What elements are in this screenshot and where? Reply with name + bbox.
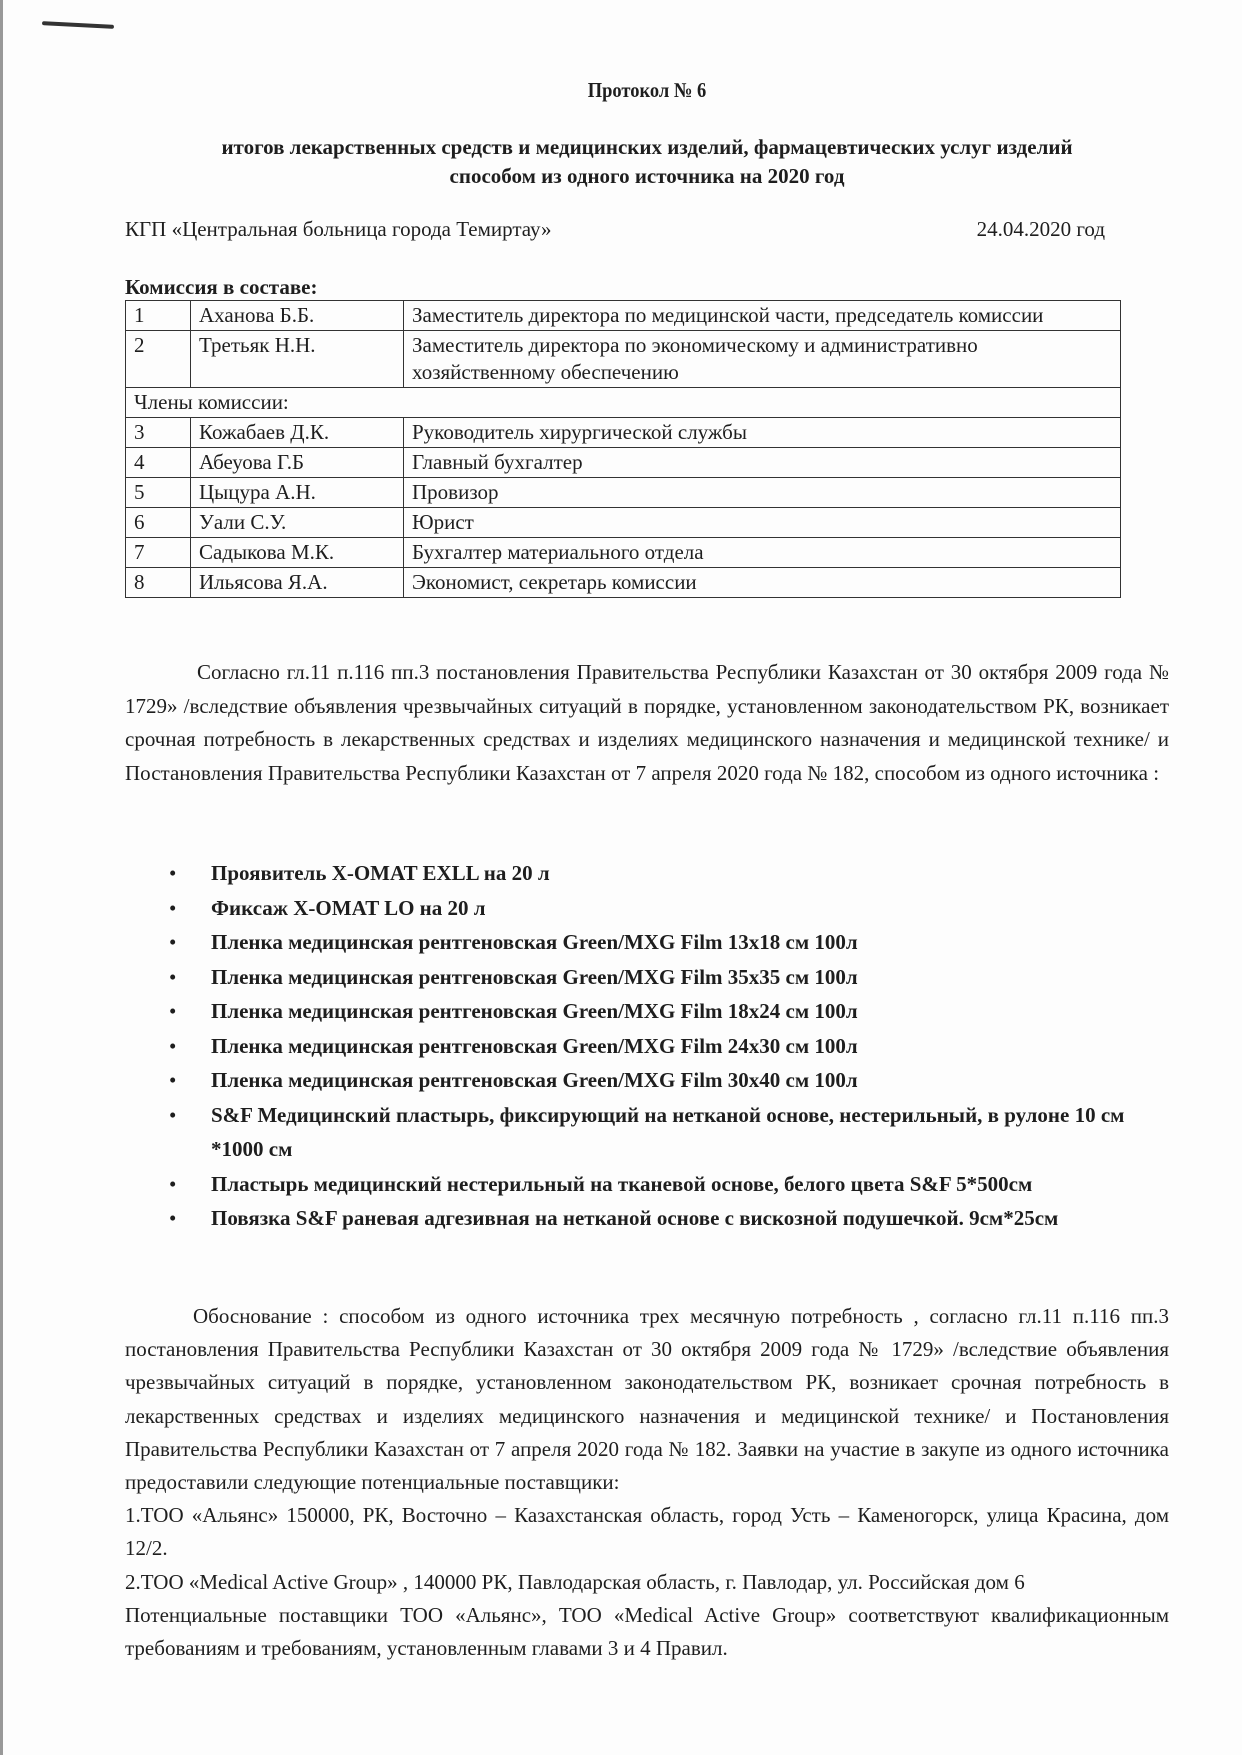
member-name: Абеуова Г.Б <box>191 448 404 478</box>
supplier-1: 1.ТОО «Альянс» 150000, РК, Восточно – Ка… <box>125 1499 1169 1565</box>
subtitle-line-2: способом из одного источника на 2020 год <box>125 162 1169 191</box>
scan-mark <box>42 21 114 29</box>
row-number: 8 <box>126 568 191 598</box>
list-item: Повязка S&F раневая адгезивная на неткан… <box>211 1201 1169 1236</box>
members-header-row: Члены комиссии: <box>126 388 1121 418</box>
row-number: 2 <box>126 331 191 388</box>
organization-line: КГП «Центральная больница города Темирта… <box>125 217 1105 242</box>
intro-paragraph: Согласно гл.11 п.116 пп.3 постановления … <box>125 656 1169 790</box>
subtitle-line-1: итогов лекарственных средств и медицинск… <box>125 133 1169 162</box>
member-role: Заместитель директора по медицинской час… <box>404 301 1121 331</box>
member-name: Садыкова М.К. <box>191 538 404 568</box>
member-role: Главный бухгалтер <box>404 448 1121 478</box>
table-row: 5 Цыцура А.Н. Провизор <box>126 478 1121 508</box>
table-row: 7 Садыкова М.К. Бухгалтер материального … <box>126 538 1121 568</box>
row-number: 5 <box>126 478 191 508</box>
items-list: Проявитель X-OMAT EXLL на 20 л Фиксаж X-… <box>125 856 1169 1236</box>
document-subtitle: итогов лекарственных средств и медицинск… <box>125 133 1169 191</box>
list-item: Пленка медицинская рентгеновская Green/M… <box>211 925 1169 960</box>
justification-paragraph: Обоснование : способом из одного источни… <box>125 1300 1169 1499</box>
list-item: Пленка медицинская рентгеновская Green/M… <box>211 1063 1169 1098</box>
document-date: 24.04.2020 год <box>977 217 1105 242</box>
member-name: Третьяк Н.Н. <box>191 331 404 388</box>
table-row: 1 Аханова Б.Б. Заместитель директора по … <box>126 301 1121 331</box>
row-number: 1 <box>126 301 191 331</box>
scan-edge <box>0 0 3 1755</box>
member-role: Бухгалтер материального отдела <box>404 538 1121 568</box>
justification-section: Обоснование : способом из одного источни… <box>125 1300 1169 1665</box>
row-number: 4 <box>126 448 191 478</box>
member-role: Провизор <box>404 478 1121 508</box>
table-row: 4 Абеуова Г.Б Главный бухгалтер <box>126 448 1121 478</box>
table-row: 8 Ильясова Я.А. Экономист, секретарь ком… <box>126 568 1121 598</box>
members-label: Члены комиссии: <box>126 388 1121 418</box>
list-item: S&F Медицинский пластырь, фиксирующий на… <box>211 1098 1169 1167</box>
member-role: Экономист, секретарь комиссии <box>404 568 1121 598</box>
table-row: 3 Кожабаев Д.К. Руководитель хирургическ… <box>126 418 1121 448</box>
table-row: 6 Уали С.У. Юрист <box>126 508 1121 538</box>
member-role: Заместитель директора по экономическому … <box>404 331 1121 388</box>
commission-table: 1 Аханова Б.Б. Заместитель директора по … <box>125 300 1121 598</box>
list-item: Проявитель X-OMAT EXLL на 20 л <box>211 856 1169 891</box>
list-item: Пленка медицинская рентгеновская Green/M… <box>211 1029 1169 1064</box>
list-item: Пластырь медицинский нестерильный на тка… <box>211 1167 1169 1202</box>
document-title: Протокол № 6 <box>188 78 1107 103</box>
organization-name: КГП «Центральная больница города Темирта… <box>125 217 552 242</box>
row-number: 7 <box>126 538 191 568</box>
row-number: 6 <box>126 508 191 538</box>
member-role: Руководитель хирургической службы <box>404 418 1121 448</box>
row-number: 3 <box>126 418 191 448</box>
list-item: Пленка медицинская рентгеновская Green/M… <box>211 994 1169 1029</box>
member-name: Уали С.У. <box>191 508 404 538</box>
member-name: Аханова Б.Б. <box>191 301 404 331</box>
member-name: Кожабаев Д.К. <box>191 418 404 448</box>
member-role: Юрист <box>404 508 1121 538</box>
table-row: 2 Третьяк Н.Н. Заместитель директора по … <box>126 331 1121 388</box>
list-item: Пленка медицинская рентгеновская Green/M… <box>211 960 1169 995</box>
commission-label: Комиссия в составе: <box>125 275 318 300</box>
member-name: Ильясова Я.А. <box>191 568 404 598</box>
member-name: Цыцура А.Н. <box>191 478 404 508</box>
supplier-2: 2.ТОО «Medical Active Group» , 140000 РК… <box>125 1566 1169 1599</box>
conclusion-paragraph: Потенциальные поставщики ТОО «Альянс», Т… <box>125 1599 1169 1665</box>
list-item: Фиксаж X-OMAT LO на 20 л <box>211 891 1169 926</box>
